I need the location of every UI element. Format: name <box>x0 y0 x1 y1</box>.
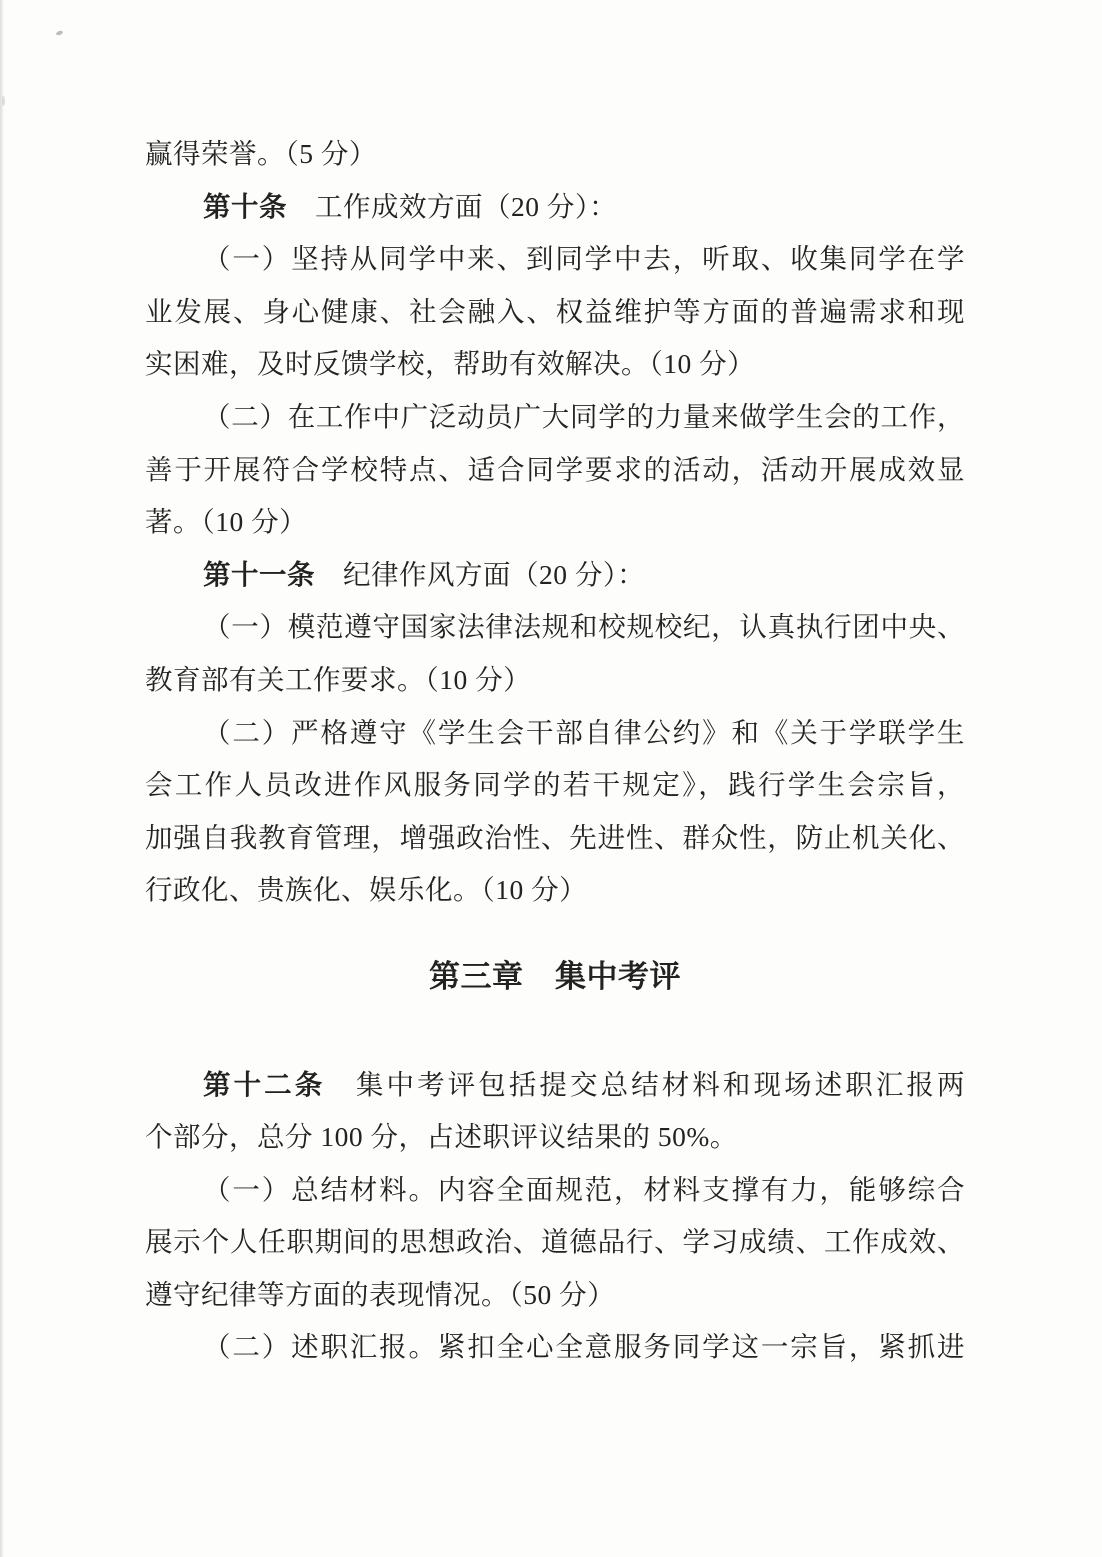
line-text: 加强自我教育管理，增强政治性、先进性、群众性，防止机关化、 <box>145 822 965 853</box>
text-line: 教育部有关工作要求。（10 分） <box>145 654 965 707</box>
line-text: （一）总结材料。内容全面规范，材料支撑有力，能够综合 <box>203 1174 965 1205</box>
line-text: 展示个人任职期间的思想政治、道德品行、学习成绩、工作成效、 <box>145 1226 965 1257</box>
text-line: 加强自我教育管理，增强政治性、先进性、群众性，防止机关化、 <box>145 812 965 865</box>
text-line: （一）总结材料。内容全面规范，材料支撑有力，能够综合 <box>145 1164 965 1217</box>
chapter-heading: 第三章 集中考评 <box>145 951 965 1004</box>
text-line: 行政化、贵族化、娱乐化。（10 分） <box>145 864 965 917</box>
text-line: 第十一条 纪律作风方面（20 分）： <box>145 549 965 602</box>
text-line: 业发展、身心健康、社会融入、权益维护等方面的普遍需求和现 <box>145 286 965 339</box>
line-text: 行政化、贵族化、娱乐化。（10 分） <box>145 874 587 905</box>
document-page: 赢得荣誉。（5 分）第十条 工作成效方面（20 分）：（一）坚持从同学中来、到同… <box>0 0 1102 1557</box>
text-line: （二）述职汇报。紧扣全心全意服务同学这一宗旨，紧抓进 <box>145 1321 965 1374</box>
text-line: 会工作人员改进作风服务同学的若干规定》，践行学生会宗旨， <box>145 759 965 812</box>
text-line: （一）模范遵守国家法律法规和校规校纪，认真执行团中央、 <box>145 601 965 654</box>
text-line: （二）严格遵守《学生会干部自律公约》和《关于学联学生 <box>145 707 965 760</box>
text-line: 个部分，总分 100 分，占述职评议结果的 50%。 <box>145 1111 965 1164</box>
line-text: 实困难，及时反馈学校，帮助有效解决。（10 分） <box>145 348 755 379</box>
line-text: （二）在工作中广泛动员广大同学的力量来做学生会的工作， <box>203 401 965 432</box>
line-text: 遵守纪律等方面的表现情况。（50 分） <box>145 1279 615 1310</box>
line-text: 赢得荣誉。（5 分） <box>145 138 377 169</box>
article-number: 第十一条 <box>203 559 315 590</box>
scan-speck <box>56 30 64 36</box>
chapter-heading-text: 第三章 集中考评 <box>429 959 681 994</box>
text-line: 实困难，及时反馈学校，帮助有效解决。（10 分） <box>145 338 965 391</box>
line-text: 集中考评包括提交总结材料和现场述职汇报两 <box>325 1069 965 1100</box>
text-line: 善于开展符合学校特点、适合同学要求的活动，活动开展成效显 <box>145 444 965 497</box>
line-text: 个部分，总分 100 分，占述职评议结果的 50%。 <box>145 1121 738 1152</box>
line-text: （二）述职汇报。紧扣全心全意服务同学这一宗旨，紧抓进 <box>203 1331 965 1362</box>
text-line: 赢得荣誉。（5 分） <box>145 128 965 181</box>
document-content: 赢得荣誉。（5 分）第十条 工作成效方面（20 分）：（一）坚持从同学中来、到同… <box>145 128 965 1374</box>
line-text: （一）坚持从同学中来、到同学中去，听取、收集同学在学 <box>203 243 965 274</box>
text-line: （二）在工作中广泛动员广大同学的力量来做学生会的工作， <box>145 391 965 444</box>
line-text: 纪律作风方面（20 分）： <box>315 559 645 590</box>
line-text: 教育部有关工作要求。（10 分） <box>145 664 531 695</box>
line-text: 会工作人员改进作风服务同学的若干规定》，践行学生会宗旨， <box>145 769 965 800</box>
article-number: 第十二条 <box>203 1069 325 1100</box>
line-text: 善于开展符合学校特点、适合同学要求的活动，活动开展成效显 <box>145 454 965 485</box>
line-text: 业发展、身心健康、社会融入、权益维护等方面的普遍需求和现 <box>145 296 965 327</box>
text-line: （一）坚持从同学中来、到同学中去，听取、收集同学在学 <box>145 233 965 286</box>
line-text: （一）模范遵守国家法律法规和校规校纪，认真执行团中央、 <box>203 611 965 642</box>
text-line: 展示个人任职期间的思想政治、道德品行、学习成绩、工作成效、 <box>145 1216 965 1269</box>
text-line: 著。（10 分） <box>145 496 965 549</box>
text-line: 第十二条 集中考评包括提交总结材料和现场述职汇报两 <box>145 1059 965 1112</box>
text-line: 遵守纪律等方面的表现情况。（50 分） <box>145 1269 965 1322</box>
scan-edge-artifact <box>2 96 5 106</box>
article-number: 第十条 <box>203 191 287 222</box>
line-text: 工作成效方面（20 分）： <box>287 191 617 222</box>
text-line: 第十条 工作成效方面（20 分）： <box>145 181 965 234</box>
line-text: （二）严格遵守《学生会干部自律公约》和《关于学联学生 <box>203 717 965 748</box>
line-text: 著。（10 分） <box>145 506 307 537</box>
